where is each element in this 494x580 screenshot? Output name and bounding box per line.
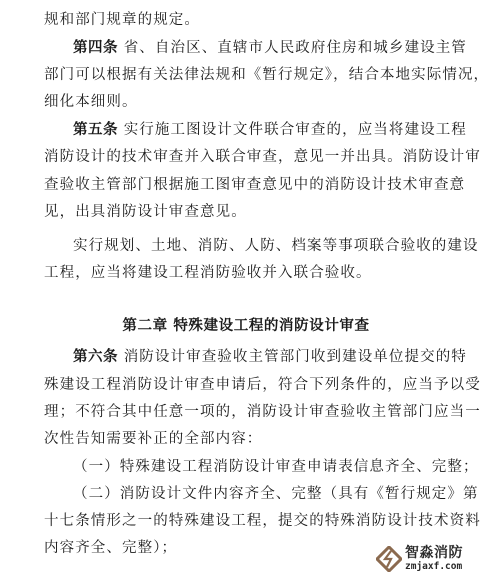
watermark-brand: 智淼消防: [405, 546, 463, 560]
article-label: 第五条: [73, 122, 118, 138]
paragraph-line: 查验收主管部门根据施工图审查意见中的消防设计技术审查意: [44, 175, 465, 195]
article-text: 实行施工图设计文件联合审查的，应当将建设工程: [118, 122, 467, 138]
paragraph-line: 规和部门规章的规定。: [44, 10, 200, 30]
article-4-line: 第四条 省、自治区、直辖市人民政府住房和城乡建设主管: [73, 38, 467, 58]
article-label: 第六条: [73, 349, 118, 365]
article-text: 省、自治区、直辖市人民政府住房和城乡建设主管: [118, 40, 467, 56]
chapter-heading: 第二章 特殊建设工程的消防设计审查: [44, 316, 448, 336]
paragraph-line: 殊建设工程消防设计审查申请后，符合下列条件的，应当予以受: [44, 375, 481, 395]
paragraph-line: 细化本细则。: [44, 92, 138, 112]
diamond-logo-icon: [376, 546, 402, 572]
paragraph-line: 内容齐全、完整）；: [44, 538, 177, 558]
paragraph-line: 工程，应当将建设工程消防验收并入联合验收。: [44, 263, 372, 283]
paragraph-line: 见，出具消防设计审查意见。: [44, 202, 247, 222]
paragraph-line: 次性告知需要补正的全部内容：: [44, 429, 262, 449]
paragraph-line: 部门可以根据有关法律法规和《暂行规定》，结合本地实际情况，: [44, 65, 489, 85]
watermark-url: zmjaxf.com: [405, 562, 463, 572]
paragraph-line: 消防设计的技术审查并入联合审查，意见一并出具。消防设计审: [44, 147, 481, 167]
list-item: （一）特殊建设工程消防设计审查申请表信息齐全、完整；: [73, 457, 479, 477]
watermark-logo: 智淼消防 zmjaxf.com: [376, 542, 486, 576]
paragraph-line: 十七条情形之一的特殊建设工程，提交的特殊消防设计技术资料: [44, 511, 481, 531]
article-5-line: 第五条 实行施工图设计文件联合审查的，应当将建设工程: [73, 120, 467, 140]
article-label: 第四条: [73, 40, 118, 56]
article-6-line: 第六条 消防设计审查验收主管部门收到建设单位提交的特: [73, 347, 467, 367]
article-text: 消防设计审查验收主管部门收到建设单位提交的特: [118, 349, 467, 365]
paragraph-line: 理；不符合其中任意一项的，消防设计审查验收主管部门应当一: [44, 402, 481, 422]
paragraph-line: 实行规划、土地、消防、人防、档案等事项联合验收的建设: [73, 236, 479, 256]
list-item: （二）消防设计文件内容齐全、完整（具有《暂行规定》第: [73, 484, 479, 504]
